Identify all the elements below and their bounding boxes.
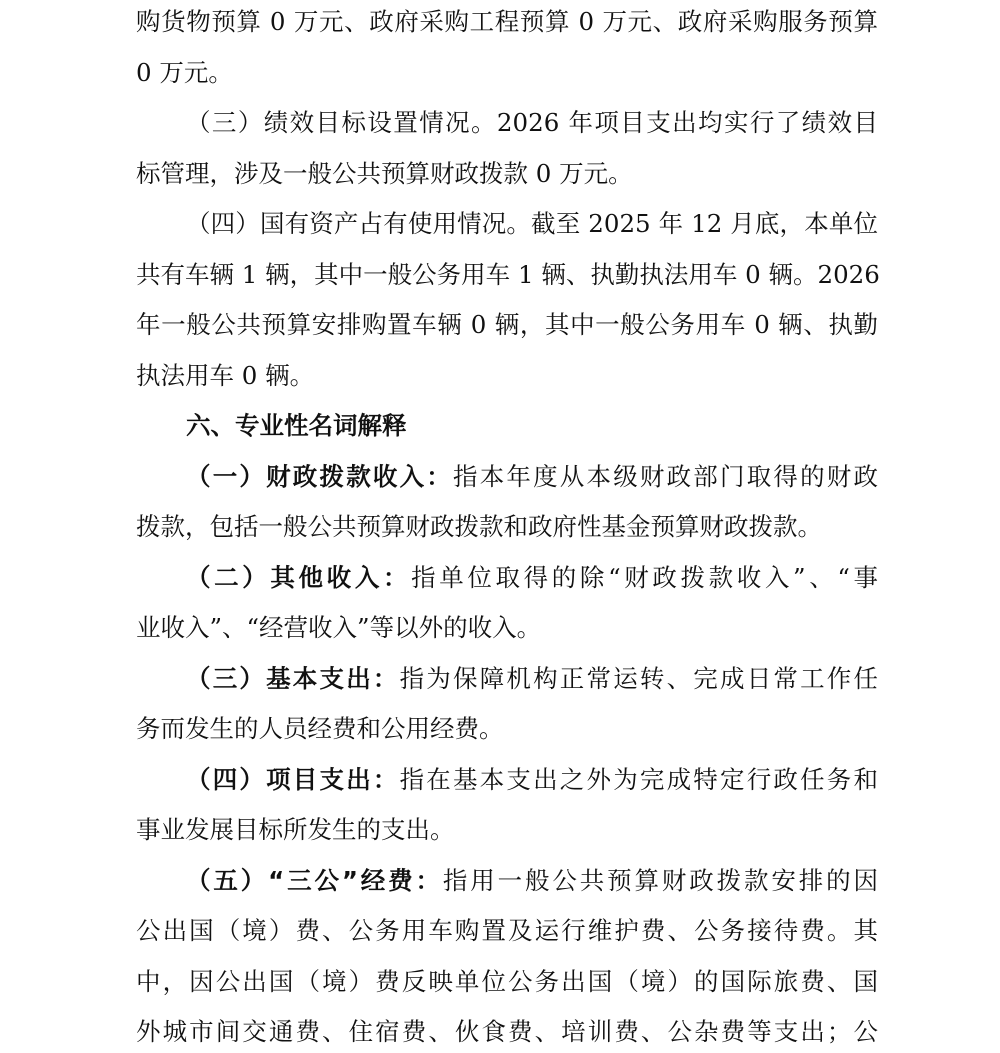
term-label: （一）财政拨款收入： <box>186 462 453 491</box>
paragraph-line: （三）绩效目标设置情况。2026 年项目支出均实行了绩效目 <box>186 106 878 140</box>
paragraph-line: 拨款，包括一般公共预算财政拨款和政府性基金预算财政拨款。 <box>136 510 878 544</box>
term-definition: 指在基本支出之外为完成特定行政任务和 <box>400 765 878 794</box>
definition-line: （四）项目支出：指在基本支出之外为完成特定行政任务和 <box>186 763 878 797</box>
paragraph-line: 共有车辆 1 辆，其中一般公务用车 1 辆、执勤执法用车 0 辆。2026 <box>136 258 878 292</box>
paragraph-line: 业收入”、“经营收入”等以外的收入。 <box>136 611 878 645</box>
term-label: （四）项目支出： <box>186 765 400 794</box>
paragraph-line: 年一般公共预算安排购置车辆 0 辆，其中一般公务用车 0 辆、执勤 <box>136 308 878 342</box>
term-label: （三）基本支出： <box>186 664 400 693</box>
document-page: 购货物预算 0 万元、政府采购工程预算 0 万元、政府采购服务预算 0 万元。 … <box>0 0 1000 1053</box>
term-definition: 指单位取得的除“财政拨款收入”、“事 <box>411 563 878 592</box>
term-definition: 指为保障机构正常运转、完成日常工作任 <box>400 664 878 693</box>
paragraph-line: （四）国有资产占有使用情况。截至 2025 年 12 月底，本单位 <box>186 207 878 241</box>
paragraph-line: 外城市间交通费、住宿费、伙食费、培训费、公杂费等支出；公 <box>136 1015 878 1049</box>
term-label: （五）“三公”经费： <box>186 866 443 895</box>
term-definition: 指用一般公共预算财政拨款安排的因 <box>443 866 878 895</box>
paragraph-line: 中，因公出国（境）费反映单位公务出国（境）的国际旅费、国 <box>136 965 878 999</box>
paragraph-line: 事业发展目标所发生的支出。 <box>136 813 878 847</box>
paragraph-line: 公出国（境）费、公务用车购置及运行维护费、公务接待费。其 <box>136 914 878 948</box>
paragraph-line: 执法用车 0 辆。 <box>136 359 878 393</box>
definition-line: （五）“三公”经费：指用一般公共预算财政拨款安排的因 <box>186 864 878 898</box>
definition-line: （二）其他收入：指单位取得的除“财政拨款收入”、“事 <box>186 561 878 595</box>
term-definition: 指本年度从本级财政部门取得的财政 <box>453 462 878 491</box>
section-heading: 六、专业性名词解释 <box>186 409 878 443</box>
paragraph-line: 购货物预算 0 万元、政府采购工程预算 0 万元、政府采购服务预算 <box>136 5 878 39</box>
paragraph-line: 务而发生的人员经费和公用经费。 <box>136 712 878 746</box>
paragraph-line: 0 万元。 <box>136 56 878 90</box>
definition-line: （一）财政拨款收入：指本年度从本级财政部门取得的财政 <box>186 460 878 494</box>
definition-line: （三）基本支出：指为保障机构正常运转、完成日常工作任 <box>186 662 878 696</box>
term-label: （二）其他收入： <box>186 563 411 592</box>
paragraph-line: 标管理，涉及一般公共预算财政拨款 0 万元。 <box>136 157 878 191</box>
